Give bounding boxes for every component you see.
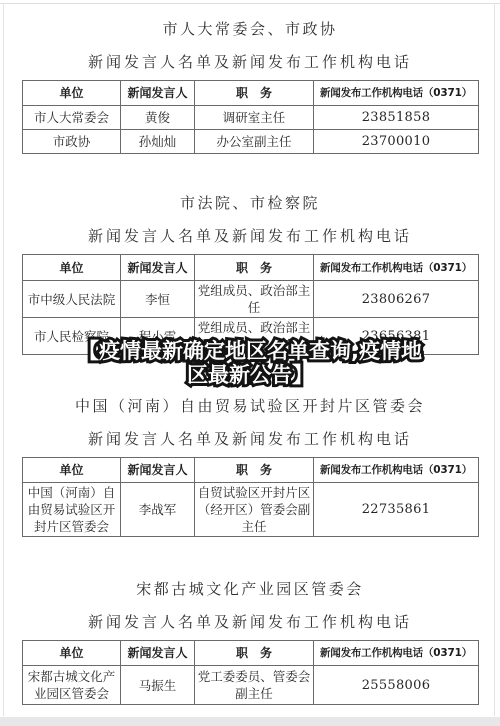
- column-header-phone: 新闻发布工作机构电话（0371）: [314, 255, 479, 281]
- column-header-unit: 单位: [23, 255, 121, 281]
- cell-spokesperson: 马振生: [121, 666, 195, 705]
- section-fayuan-jianchayuan: 市法院、市检察院 新闻发言人名单及新闻发布工作机构电话 单位 新闻发言人 职 务…: [22, 194, 478, 355]
- overlay-text: 【疫情最新确定地区名单查询,疫情地区最新公告】 【疫情最新确定地区名单查询,疫情…: [72, 339, 428, 387]
- section-zimaoqu-kaifeng: 中国（河南）自由贸易试验区开封片区管委会 新闻发言人名单及新闻发布工作机构电话 …: [22, 397, 478, 537]
- table-row: 宋都古城文化产业园区管委会 马振生 党工委委员、管委会副主任 25558006: [23, 666, 479, 705]
- cell-unit: 中国（河南）自由贸易试验区开封片区管委会: [23, 483, 121, 537]
- column-header-position: 职 务: [195, 81, 314, 106]
- cell-phone: 23851858: [314, 106, 479, 130]
- column-header-position: 职 务: [195, 458, 314, 483]
- section-renda-zhengxie: 市人大常委会、市政协 新闻发言人名单及新闻发布工作机构电话 单位 新闻发言人 职…: [22, 20, 478, 154]
- column-header-position: 职 务: [195, 641, 314, 666]
- cell-spokesperson: 李恒: [121, 281, 195, 318]
- table-header-row: 单位 新闻发言人 职 务 新闻发布工作机构电话（0371）: [23, 255, 479, 281]
- column-header-spokesperson: 新闻发言人: [121, 81, 195, 106]
- section-subtitle: 新闻发言人名单及新闻发布工作机构电话: [22, 430, 478, 448]
- column-header-unit: 单位: [23, 641, 121, 666]
- cell-phone: 23700010: [314, 130, 479, 154]
- cell-unit: 宋都古城文化产业园区管委会: [23, 666, 121, 705]
- table-row: 市中级人民法院 李恒 党组成员、政治部主任 23806267: [23, 281, 479, 318]
- column-header-unit: 单位: [23, 458, 121, 483]
- overlay-banner: 【疫情最新确定地区名单查询,疫情地区最新公告】 【疫情最新确定地区名单查询,疫情…: [0, 339, 500, 387]
- cell-phone: 22735861: [314, 483, 479, 537]
- column-header-spokesperson: 新闻发言人: [121, 255, 195, 281]
- cell-position: 办公室副主任: [195, 130, 314, 154]
- column-header-phone: 新闻发布工作机构电话（0371）: [314, 458, 479, 483]
- cell-unit: 市中级人民法院: [23, 281, 121, 318]
- section-subtitle: 新闻发言人名单及新闻发布工作机构电话: [22, 53, 478, 71]
- spokesperson-table: 单位 新闻发言人 职 务 新闻发布工作机构电话（0371） 中国（河南）自由贸易…: [22, 457, 479, 537]
- spokesperson-table: 单位 新闻发言人 职 务 新闻发布工作机构电话（0371） 市人大常委会 黄俊 …: [22, 80, 479, 154]
- section-subtitle: 新闻发言人名单及新闻发布工作机构电话: [22, 227, 478, 245]
- cell-phone: 25558006: [314, 666, 479, 705]
- column-header-phone: 新闻发布工作机构电话（0371）: [314, 81, 479, 106]
- cell-position: 党工委委员、管委会副主任: [195, 666, 314, 705]
- section-title: 宋都古城文化产业园区管委会: [22, 580, 478, 598]
- section-title: 中国（河南）自由贸易试验区开封片区管委会: [22, 397, 478, 415]
- column-header-spokesperson: 新闻发言人: [121, 641, 195, 666]
- column-header-unit: 单位: [23, 81, 121, 106]
- column-header-position: 职 务: [195, 255, 314, 281]
- page-edge-bottom: [0, 717, 500, 726]
- table-row: 市政协 孙灿灿 办公室副主任 23700010: [23, 130, 479, 154]
- table-row: 市人大常委会 黄俊 调研室主任 23851858: [23, 106, 479, 130]
- table-row: 中国（河南）自由贸易试验区开封片区管委会 李战军 自贸试验区开封片区（经开区）管…: [23, 483, 479, 537]
- cell-position: 调研室主任: [195, 106, 314, 130]
- table-header-row: 单位 新闻发言人 职 务 新闻发布工作机构电话（0371）: [23, 458, 479, 483]
- section-title: 市法院、市检察院: [22, 194, 478, 212]
- cell-position: 自贸试验区开封片区（经开区）管委会副主任: [195, 483, 314, 537]
- page-edge-top: [0, 3, 500, 4]
- cell-unit: 市人大常委会: [23, 106, 121, 130]
- section-songdu-gucheng: 宋都古城文化产业园区管委会 新闻发言人名单及新闻发布工作机构电话 单位 新闻发言…: [22, 580, 478, 705]
- cell-position: 党组成员、政治部主任: [195, 281, 314, 318]
- cell-unit: 市政协: [23, 130, 121, 154]
- spokesperson-table: 单位 新闻发言人 职 务 新闻发布工作机构电话（0371） 宋都古城文化产业园区…: [22, 640, 479, 705]
- section-title: 市人大常委会、市政协: [22, 20, 478, 38]
- cell-phone: 23806267: [314, 281, 479, 318]
- cell-spokesperson: 黄俊: [121, 106, 195, 130]
- table-header-row: 单位 新闻发言人 职 务 新闻发布工作机构电话（0371）: [23, 81, 479, 106]
- column-header-spokesperson: 新闻发言人: [121, 458, 195, 483]
- overlay-text-fill: 【疫情最新确定地区名单查询,疫情地区最新公告】: [72, 339, 428, 387]
- table-header-row: 单位 新闻发言人 职 务 新闻发布工作机构电话（0371）: [23, 641, 479, 666]
- cell-spokesperson: 李战军: [121, 483, 195, 537]
- document-page: { "page": { "overlay_text": "【疫情最新确定地区名单…: [0, 0, 500, 726]
- section-subtitle: 新闻发言人名单及新闻发布工作机构电话: [22, 613, 478, 631]
- cell-spokesperson: 孙灿灿: [121, 130, 195, 154]
- column-header-phone: 新闻发布工作机构电话（0371）: [314, 641, 479, 666]
